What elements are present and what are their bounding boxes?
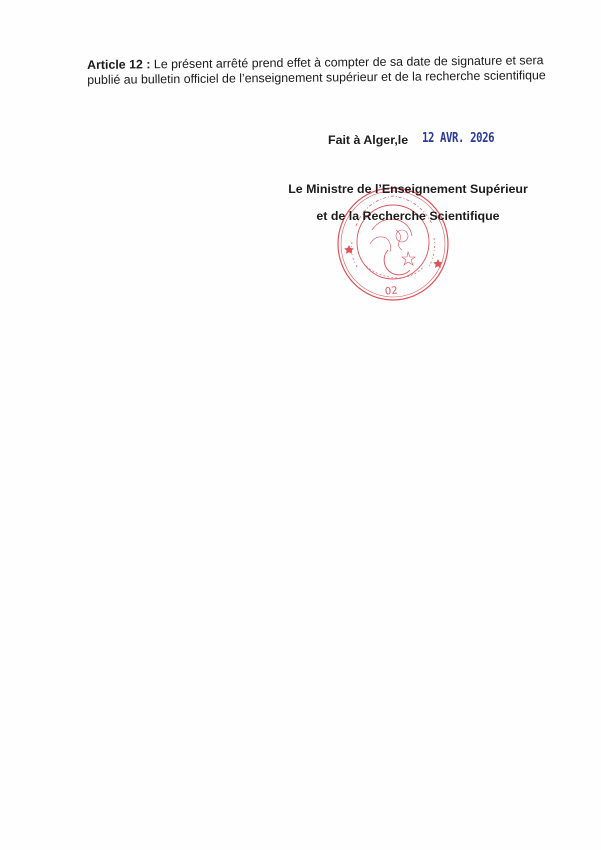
signatory-block: Le Ministre de l’Enseignement Supérieur …	[288, 176, 528, 230]
article-12: Article 12 : Le présent arrêté prend eff…	[87, 53, 557, 88]
date-stamp: 12 AVR. 2026	[422, 131, 494, 146]
article-label: Article 12 :	[87, 57, 151, 72]
signatory-title-line1: Le Ministre de l’Enseignement Supérieur	[288, 176, 528, 203]
document-page: Article 12 : Le présent arrêté prend eff…	[0, 0, 601, 850]
signatory-title-line2: et de la Recherche Scientifique	[288, 203, 528, 230]
place-line: Fait à Alger,le	[328, 133, 408, 147]
article-text: Le présent arrêté prend effet à compter …	[87, 53, 546, 87]
seal-number: 02	[384, 285, 398, 297]
